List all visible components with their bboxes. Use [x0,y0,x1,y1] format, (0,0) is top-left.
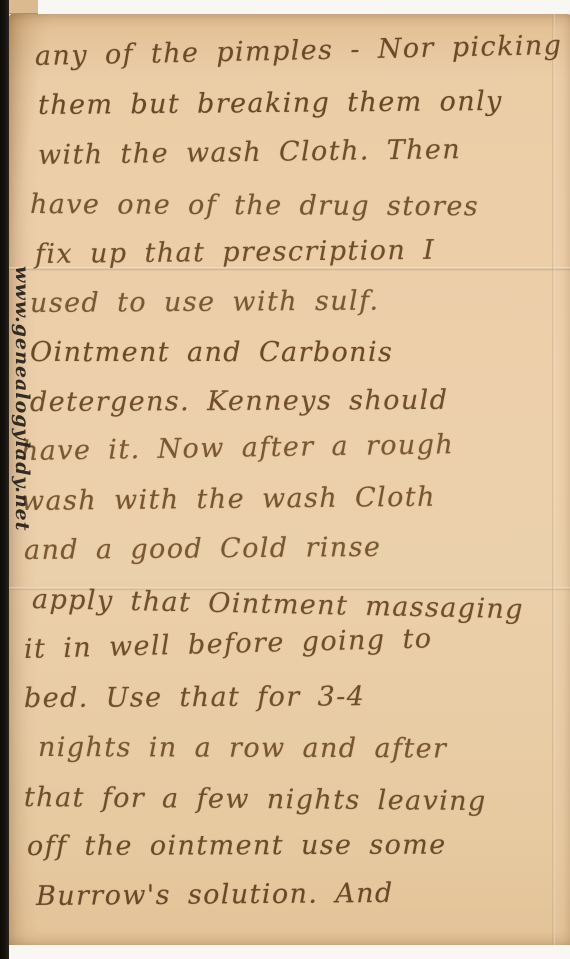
handwriting-line: off the ointment use some [27,820,564,871]
handwriting-line: them but breaking them only [38,77,564,131]
watermark-text: www.genealogylady.net [11,266,33,532]
handwriting-line: wash with the wash Cloth [21,471,564,526]
handwriting-line: bed. Use that for 3-4 [24,671,564,723]
handwriting-line: that for a few nights leaving [24,773,564,827]
handwriting-line: any of the pimples - Nor picking [34,21,564,81]
handwriting-line: and a good Cold rinse [24,521,564,575]
scanner-edge-left [0,0,9,959]
handwritten-text-block: any of the pimples - Nor picking them bu… [9,32,564,921]
letter-paper: www.genealogylady.net any of the pimples… [9,14,570,945]
handwriting-line: with the wash Cloth. Then [38,123,565,180]
handwriting-line: used to use with sulf. [30,275,564,328]
handwriting-line: fix up that prescription I [35,224,564,279]
handwriting-line: Burrow's solution. And [36,867,564,921]
handwriting-line: nights in a row and after [38,723,564,774]
handwriting-line: Ointment and Carbonis [30,328,564,377]
scanned-letter-page: www.genealogylady.net any of the pimples… [0,0,570,959]
paper-scrap-top-left [9,0,38,14]
handwriting-line: have it. Now after a rough [21,419,565,477]
